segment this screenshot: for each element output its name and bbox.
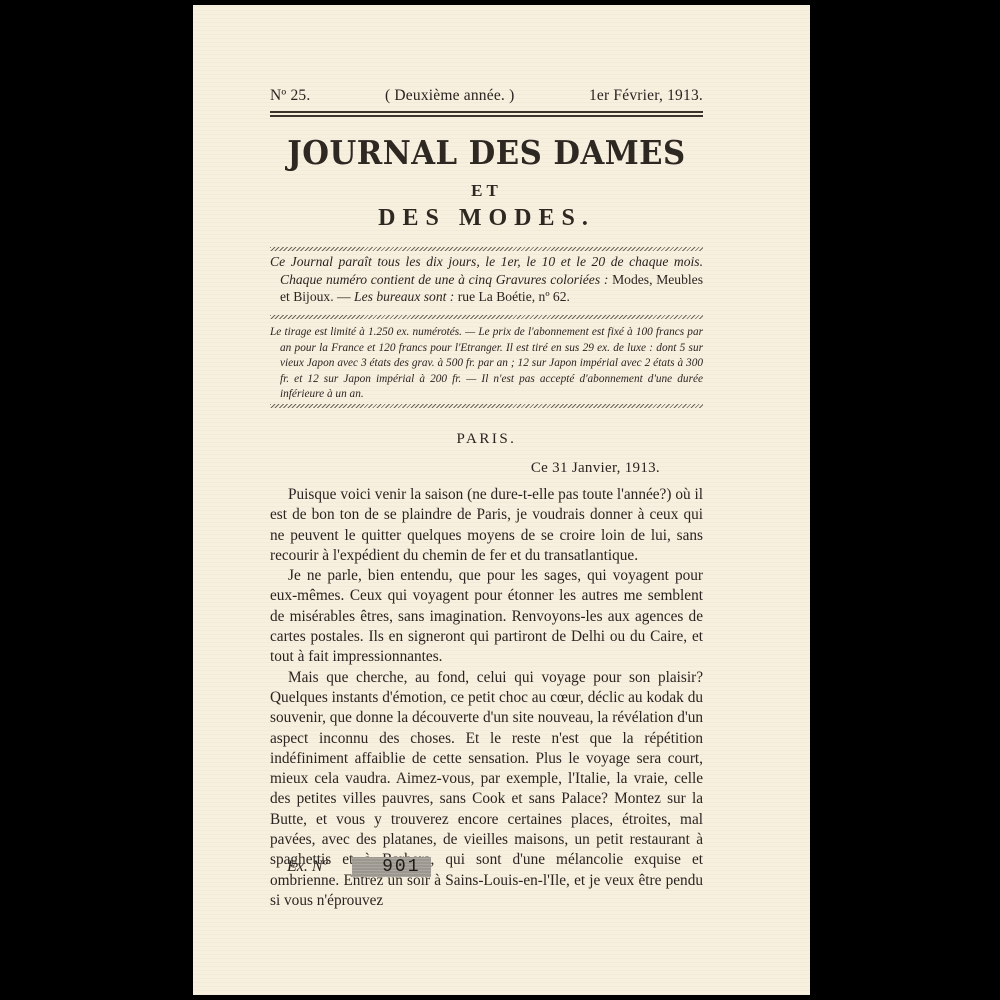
intro-address: rue La Boétie, nº 62. bbox=[458, 289, 570, 304]
double-rule-divider bbox=[270, 111, 703, 117]
journal-page: Nº 25. ( Deuxième année. ) 1er Février, … bbox=[193, 5, 810, 995]
issue-header: Nº 25. ( Deuxième année. ) 1er Février, … bbox=[270, 87, 703, 105]
ornamental-rule-1 bbox=[270, 247, 703, 251]
page-stage: Nº 25. ( Deuxième année. ) 1er Février, … bbox=[0, 0, 1000, 1000]
masthead-subtitle: DES MODES. bbox=[270, 205, 703, 232]
article-paragraph: Je ne parle, bien entendu, que pour les … bbox=[270, 566, 703, 667]
copy-number-label: Ex. Nº bbox=[287, 858, 328, 876]
issue-date: 1er Février, 1913. bbox=[589, 87, 703, 105]
article-body: Puisque voici venir la saison (ne dure-t… bbox=[270, 485, 703, 911]
article-paragraph: Puisque voici venir la saison (ne dure-t… bbox=[270, 485, 703, 566]
article-dateline: Ce 31 Janvier, 1913. bbox=[270, 460, 703, 477]
year-label: ( Deuxième année. ) bbox=[385, 87, 514, 105]
copy-number-line: Ex. Nº 901 bbox=[287, 857, 431, 877]
masthead-conjunction: ET bbox=[270, 181, 703, 201]
ornamental-rule-2 bbox=[270, 315, 703, 319]
masthead-title: JOURNAL DES DAMES bbox=[285, 133, 688, 172]
publication-intro: Ce Journal paraît tous les dix jours, le… bbox=[270, 253, 703, 306]
subscription-terms: Le tirage est limité à 1.250 ex. numérot… bbox=[270, 325, 703, 403]
issue-number: Nº 25. bbox=[270, 87, 310, 105]
ornamental-rule-3 bbox=[270, 404, 703, 408]
intro-offices-label: Les bureaux sont : bbox=[354, 289, 454, 304]
copy-number-stamp: 901 bbox=[352, 857, 431, 877]
section-title: PARIS. bbox=[270, 431, 703, 448]
